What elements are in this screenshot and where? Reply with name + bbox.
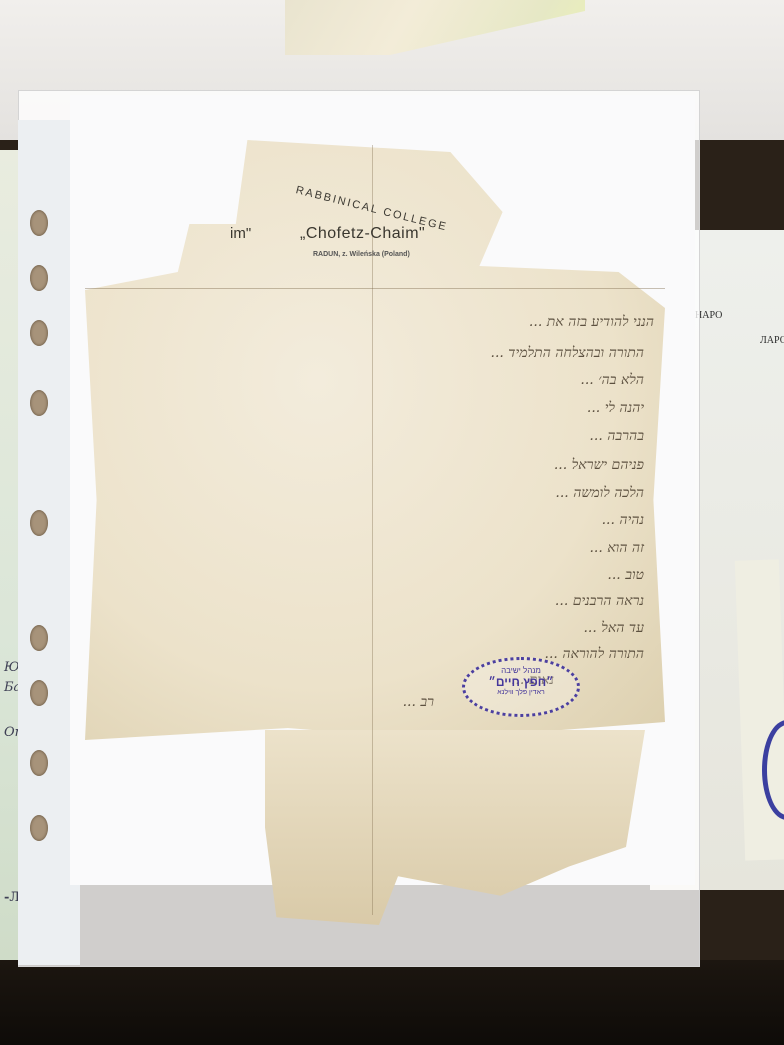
letterhead-address: RADUN, z. Wileńska (Poland) [313,251,410,258]
fold-line-vertical [372,145,373,915]
punch-hole [30,750,48,776]
punch-hole [30,510,48,536]
handwritten-line: נהיה ... [602,512,644,529]
punch-hole [30,625,48,651]
handwritten-line: פניהם ישראל ... [554,457,644,474]
handwritten-line: התורה ובהצלחה התלמיד ... [491,345,645,362]
punch-hole [30,680,48,706]
punch-hole [30,390,48,416]
stamp-line: ״חפץ חיים״ [465,675,577,689]
handwritten-line: הלא בה׳ ... [580,372,644,389]
yeshiva-stamp: מנהל ישיבה ״חפץ חיים״ ראדין פלך ווילנא [462,657,580,717]
handwritten-signature: רב ... [403,694,434,711]
right-doc-text: ЛАРО [760,335,784,346]
desk-surface [0,960,784,1045]
fold-line-horizontal [85,288,665,289]
punch-hole [30,320,48,346]
punch-hole [30,210,48,236]
handwritten-line: טוב ... [607,567,644,584]
handwritten-line: הלכה לומשה ... [555,485,644,502]
stamp-line: מנהל ישיבה [465,666,577,675]
handwritten-line: התורה להוראה ... [545,646,644,663]
punch-hole [30,815,48,841]
stamp-line: ראדין פלך ווילנא [465,689,577,696]
handwritten-line: יהנה לי ... [587,400,644,417]
handwritten-line: בהרבה ... [589,428,644,445]
handwritten-line: זה הוא ... [589,540,644,557]
punch-hole [30,265,48,291]
handwritten-line: עד האל ... [583,620,644,637]
letterhead-name: „Chofetz-Chaim" [300,225,425,243]
handwritten-line: הנני להודיע בזה את ... [529,314,654,331]
letterhead-fragment: im" [230,225,251,242]
handwritten-line: נראה הרבנים ... [555,593,644,610]
